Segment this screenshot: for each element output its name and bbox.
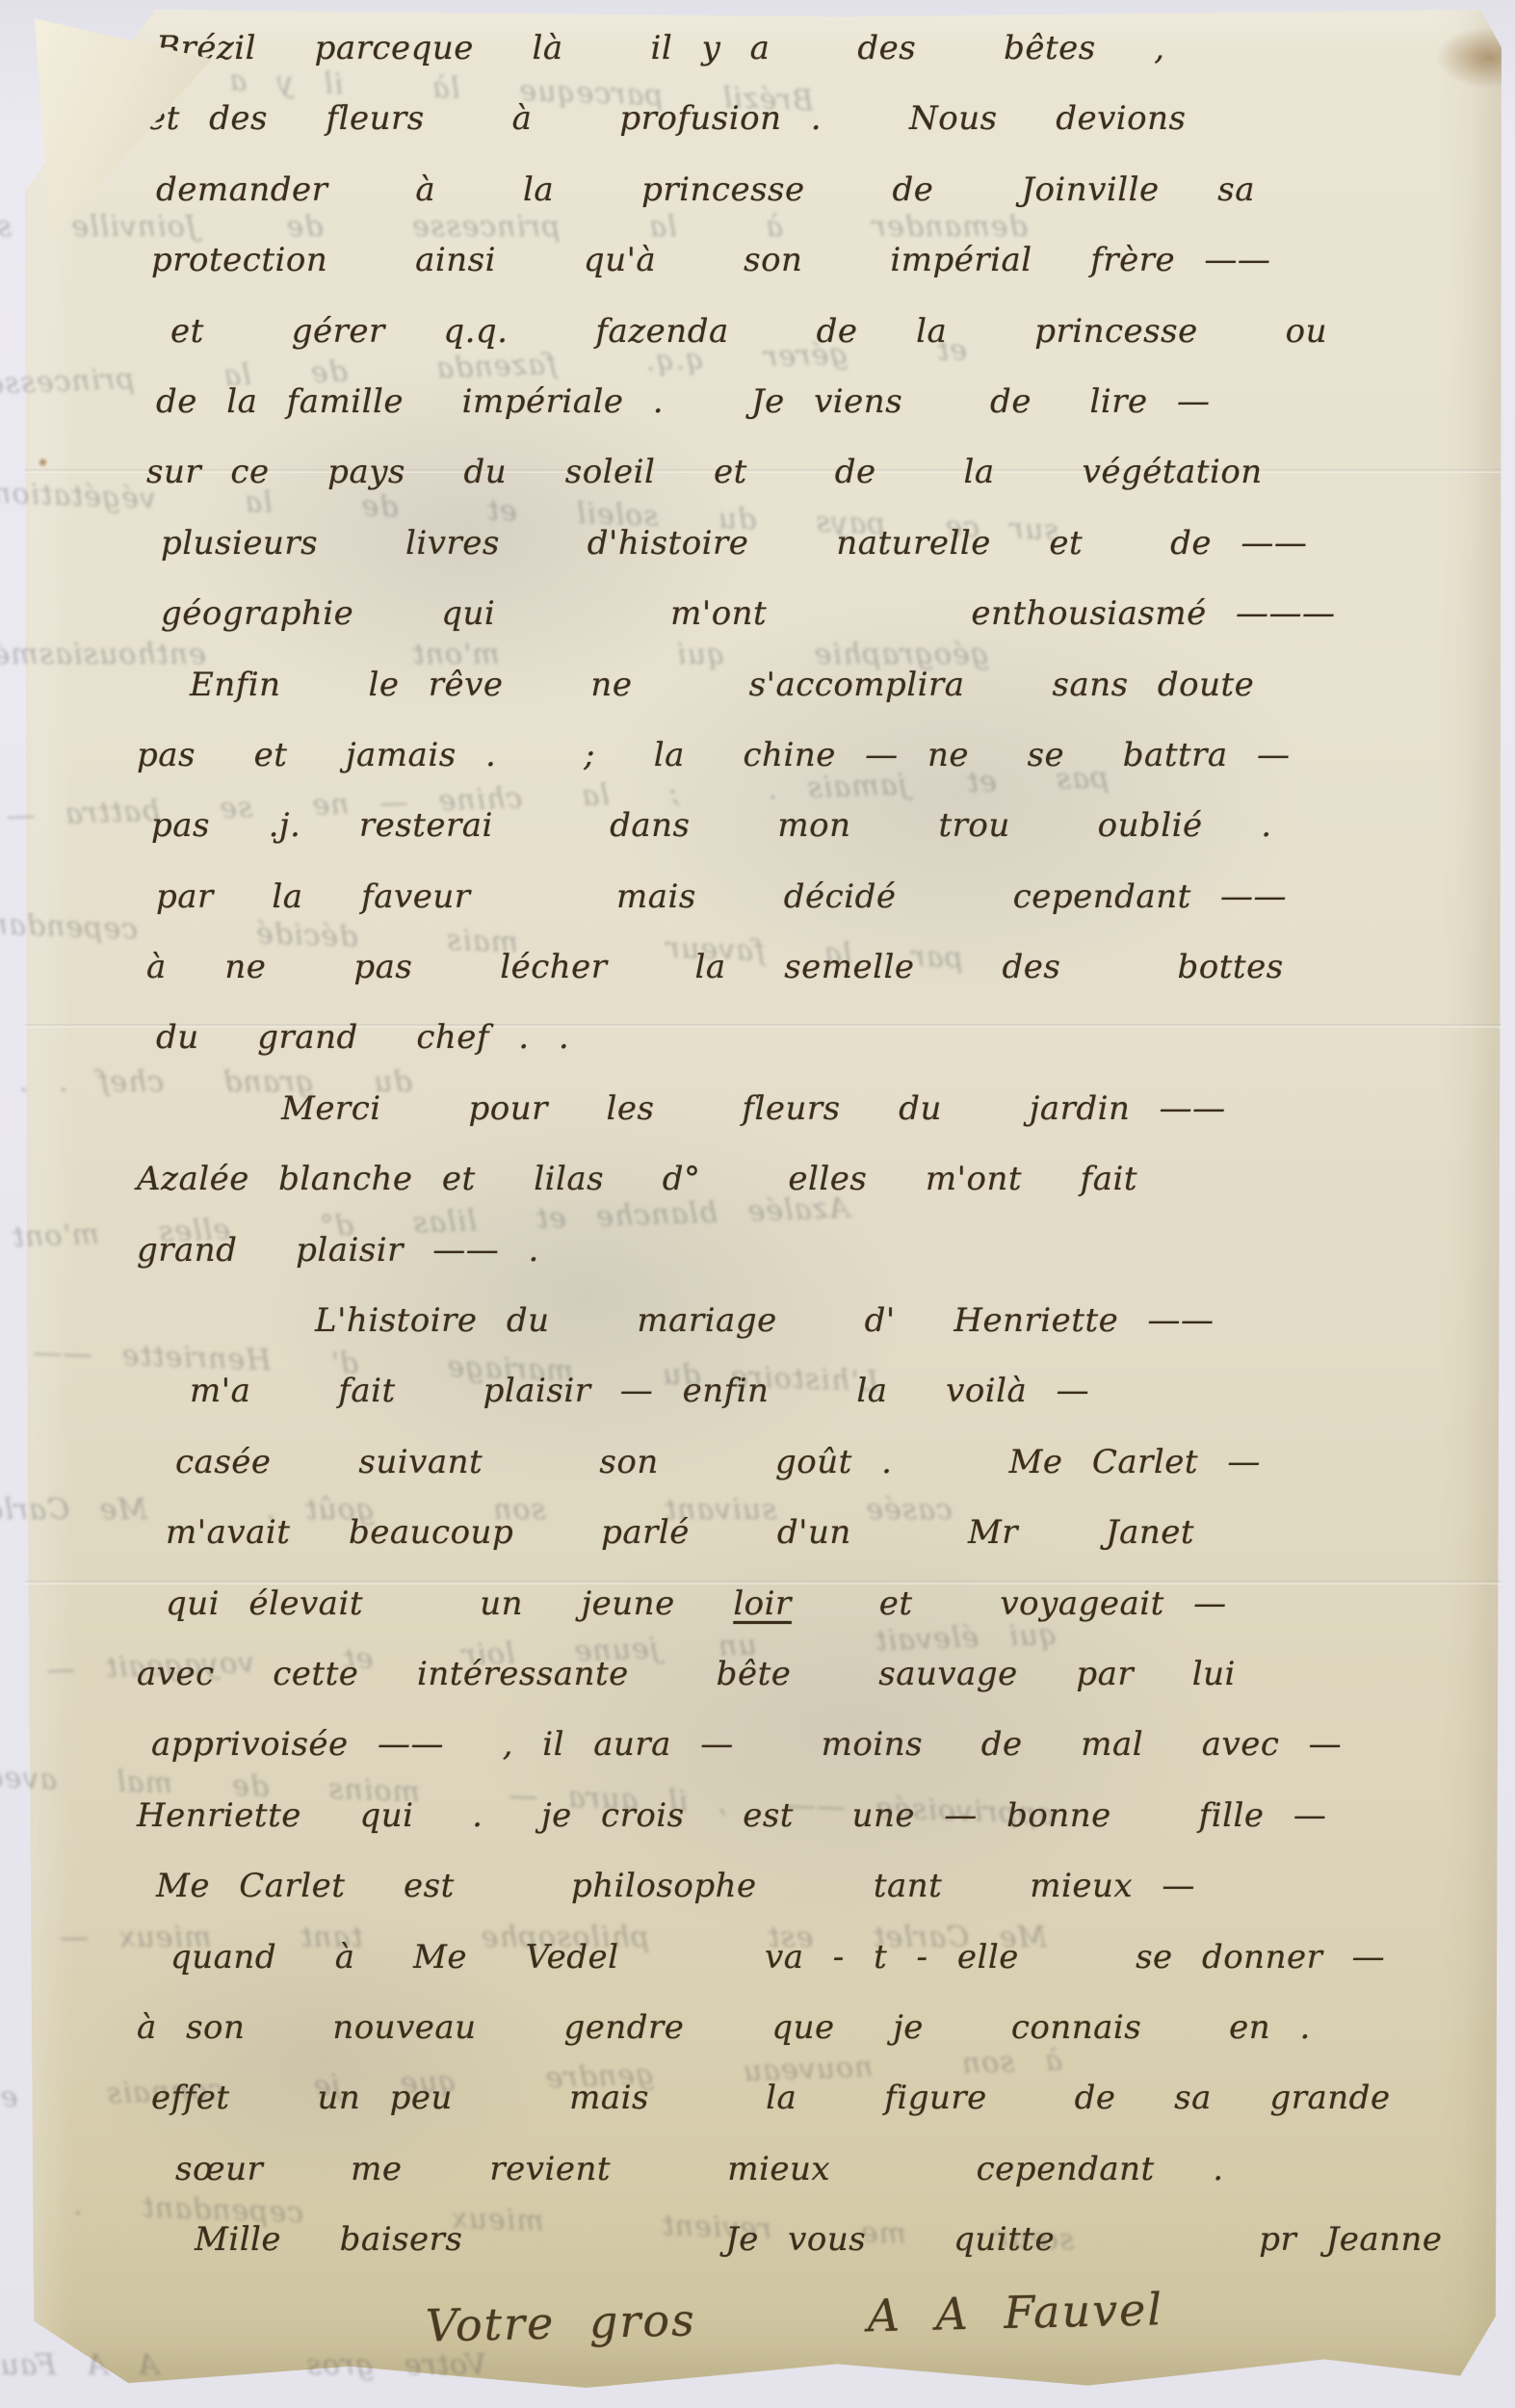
letter-line: sœur me revient mieux cependant . xyxy=(137,2150,1451,2220)
letter-line: sur ce pays du soleil et de la végétatio… xyxy=(137,453,1451,523)
letter-line: par la faveur mais décidé cependant —— xyxy=(137,877,1451,948)
letter-line: avec cette intéressante bête sauvage par… xyxy=(137,1655,1451,1725)
letter-line: à ne pas lécher la semelle des bottes xyxy=(137,948,1451,1018)
letter-line: Henriette qui . je crois est une — bonne… xyxy=(137,1796,1451,1867)
letter-line: grand plaisir —— . xyxy=(137,1231,1451,1301)
letter-line: pas et jamais . ; la chine — ne se battr… xyxy=(137,736,1451,806)
letter-line: Merci pour les fleurs du jardin —— xyxy=(137,1089,1451,1160)
letter-line: casée suivant son goût . Me Carlet — xyxy=(137,1443,1451,1513)
letter-line: géographie qui m'ont enthousiasmé ——— xyxy=(137,594,1451,665)
letter-line: du grand chef . . xyxy=(137,1018,1451,1088)
letter-line: de la famille impériale . Je viens de li… xyxy=(137,382,1451,453)
letter-line: m'avait beaucoup parlé d'un Mr Janet xyxy=(137,1513,1451,1584)
signature-line: Votre gros A A Fauvel xyxy=(136,2276,1451,2376)
letter-line: pas .j. resterai dans mon trou oublié . xyxy=(137,806,1451,877)
letter-line: demander à la princesse de Joinville sa xyxy=(137,170,1451,241)
letter-line: qui élevait un jeune loir et voyageait — xyxy=(137,1584,1451,1655)
letter-line: Brézil parceque là il y a des bêtes , xyxy=(137,29,1451,99)
letter-line: et des fleurs à profusion . Nous devions xyxy=(137,99,1451,170)
letter-line: et gérer q.q. fazenda de la princesse ou xyxy=(137,312,1451,382)
letter-line: à son nouveau gendre que je connais en . xyxy=(137,2008,1451,2079)
letter-line: protection ainsi qu'à son impérial frère… xyxy=(137,241,1451,311)
letter-line: quand à Me Vedel va - t - elle se donner… xyxy=(137,1938,1451,2008)
letter-line: Azalée blanche et lilas d° elles m'ont f… xyxy=(137,1160,1451,1230)
letter-line: Me Carlet est philosophe tant mieux — xyxy=(137,1867,1451,1937)
letter-line: Enfin le rêve ne s'accomplira sans doute xyxy=(137,666,1451,736)
letter-line: L'histoire du mariage d' Henriette —— xyxy=(137,1301,1451,1372)
letter-line: effet un peu mais la figure de sa grande xyxy=(137,2079,1451,2149)
letter-line: plusieurs livres d'histoire naturelle et… xyxy=(137,524,1451,594)
letter-line: m'a fait plaisir — enfin la voilà — xyxy=(137,1372,1451,1442)
letter-body: Brézil parceque là il y a des bêtes ,et … xyxy=(137,29,1451,2362)
letter-line: apprivoisée —— , il aura — moins de mal … xyxy=(137,1725,1451,1795)
